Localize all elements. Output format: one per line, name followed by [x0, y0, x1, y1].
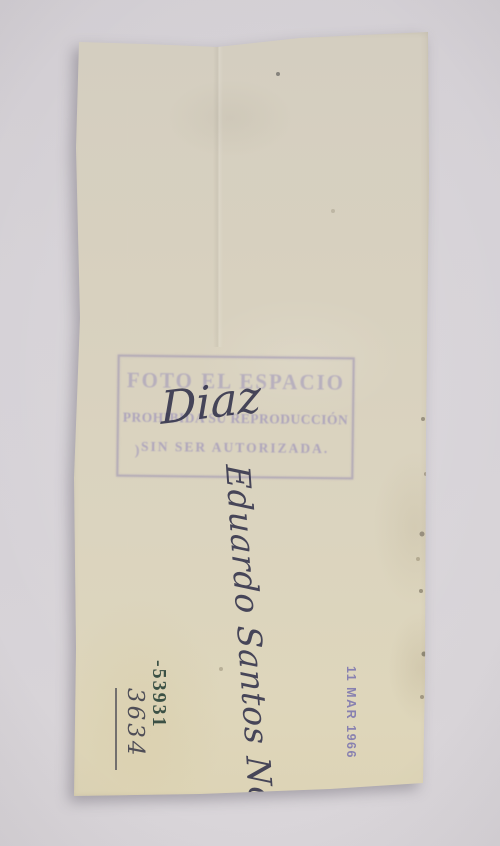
- paper-shadow-wrap: FOTO EL ESPACIO PROHIBIDA SU REPRODUCCIÓ…: [0, 0, 500, 846]
- edge-stain-specks: [70, 28, 72, 30]
- date-stamp: 11 MAR 1966: [342, 666, 358, 766]
- handwritten-signature: Eduardo Santos No.: [213, 464, 278, 794]
- stamp-authorization-line: SIN SER AUTORIZADA.: [119, 439, 352, 458]
- handwritten-number: 3634: [115, 688, 148, 770]
- serial-number-stamp: -53931: [146, 660, 170, 762]
- photo-backdrop: FOTO EL ESPACIO PROHIBIDA SU REPRODUCCIÓ…: [0, 0, 500, 846]
- photograph-back-paper: FOTO EL ESPACIO PROHIBIDA SU REPRODUCCIÓ…: [70, 28, 432, 800]
- paper-crease: [213, 42, 223, 347]
- stamp-stray-mark: ): [134, 443, 139, 460]
